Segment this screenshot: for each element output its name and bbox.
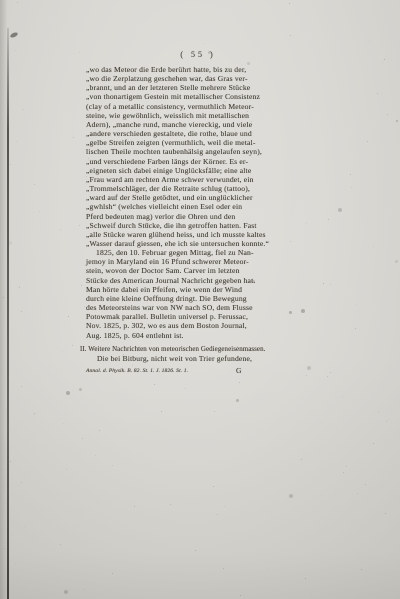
text-line: „Trommelschläger, der die Retraite schlu…: [86, 184, 310, 193]
page-footer: Annal. d. Physik. B. 82. St. 1. J. 1826.…: [86, 366, 310, 376]
text-line: „ward auf der Stelle getödtet, und ein u…: [86, 193, 310, 202]
text-line: „alle Stücke waren glühend heiss, und ic…: [86, 230, 310, 239]
text-line: des Meteorsteins war von NW nach SO, dem…: [86, 303, 310, 312]
text-line: „wo die Zerplatzung geschehen war, das G…: [86, 74, 310, 83]
text-line: Aug. 1825, p. 604 entlehnt ist.: [86, 331, 310, 340]
page-gutter-shadow: [7, 28, 9, 599]
text-line: „Schweif durch Stücke, die ihn getroffen…: [86, 221, 310, 230]
ink-smudge: [10, 31, 19, 38]
page-edge-shading: [0, 0, 7, 599]
journal-signature: Annal. d. Physik. B. 82. St. 1. J. 1826.…: [86, 368, 188, 374]
text-line: „gelbe Streifen zeigten (vermuthlich, we…: [86, 138, 310, 147]
text-line: „andere verschieden gestaltete, die roth…: [86, 129, 310, 138]
text-line: stein, wovon der Doctor Sam. Carver im l…: [86, 266, 310, 275]
text-line: Pferd bedeuten mag) verlor die Ohren und…: [86, 212, 310, 221]
text-line: jemoy in Maryland ein 16 Pfund schwerer …: [86, 257, 310, 266]
text-block: ( 55 ) „wo das Meteor die Erde berührt h…: [86, 50, 310, 376]
text-line: Man hörte dabei ein Pfeifen, wie wenn de…: [86, 285, 310, 294]
scanned-page: ( 55 ) „wo das Meteor die Erde berührt h…: [0, 0, 400, 599]
gathering-mark: G: [236, 366, 241, 375]
page-number: ( 55 ): [86, 50, 310, 60]
text-line: Adern), „manche rund, manche viereckig, …: [86, 120, 310, 129]
text-line: „wo das Meteor die Erde berührt hatte, b…: [86, 65, 310, 74]
text-line: „Frau ward am rechten Arme schwer verwun…: [86, 175, 310, 184]
paragraph-nanjemoy: 1825, den 10. Februar gegen Mittag, fiel…: [86, 248, 310, 340]
text-line: „gwhlsh“ (welches vielleicht einen Esel …: [86, 202, 310, 211]
text-line: Stücke des American Journal Nachricht ge…: [86, 276, 310, 285]
section-opening-line: Die bei Bitburg, nicht weit von Trier ge…: [86, 354, 310, 363]
text-line: lischen Theile mochten taubenhälsig ange…: [86, 147, 310, 156]
text-line: Nov. 1825, p. 302, wo es aus dem Boston …: [86, 321, 310, 330]
text-line: „eigneten sich dabei einige Unglücksfäll…: [86, 166, 310, 175]
section-heading: II. Weitere Nachrichten von meteorischen…: [80, 345, 310, 354]
text-line: Potowmak parallel. Bulletin universel p.…: [86, 312, 310, 321]
text-line: „Wasser darauf giessen, ehe ich sie unte…: [86, 239, 310, 248]
text-line: durch eine kleine Oeffnung dringt. Die B…: [86, 294, 310, 303]
text-line: steine, wie gewöhnlich, weisslich mit me…: [86, 111, 310, 120]
text-line: „und verschiedene Farben längs der Körne…: [86, 157, 310, 166]
text-line: (clay of a metallic consistency, vermuth…: [86, 102, 310, 111]
text-line: „brannt, und an der letzteren Stelle meh…: [86, 83, 310, 92]
text-line: 1825, den 10. Februar gegen Mittag, fiel…: [86, 248, 310, 257]
